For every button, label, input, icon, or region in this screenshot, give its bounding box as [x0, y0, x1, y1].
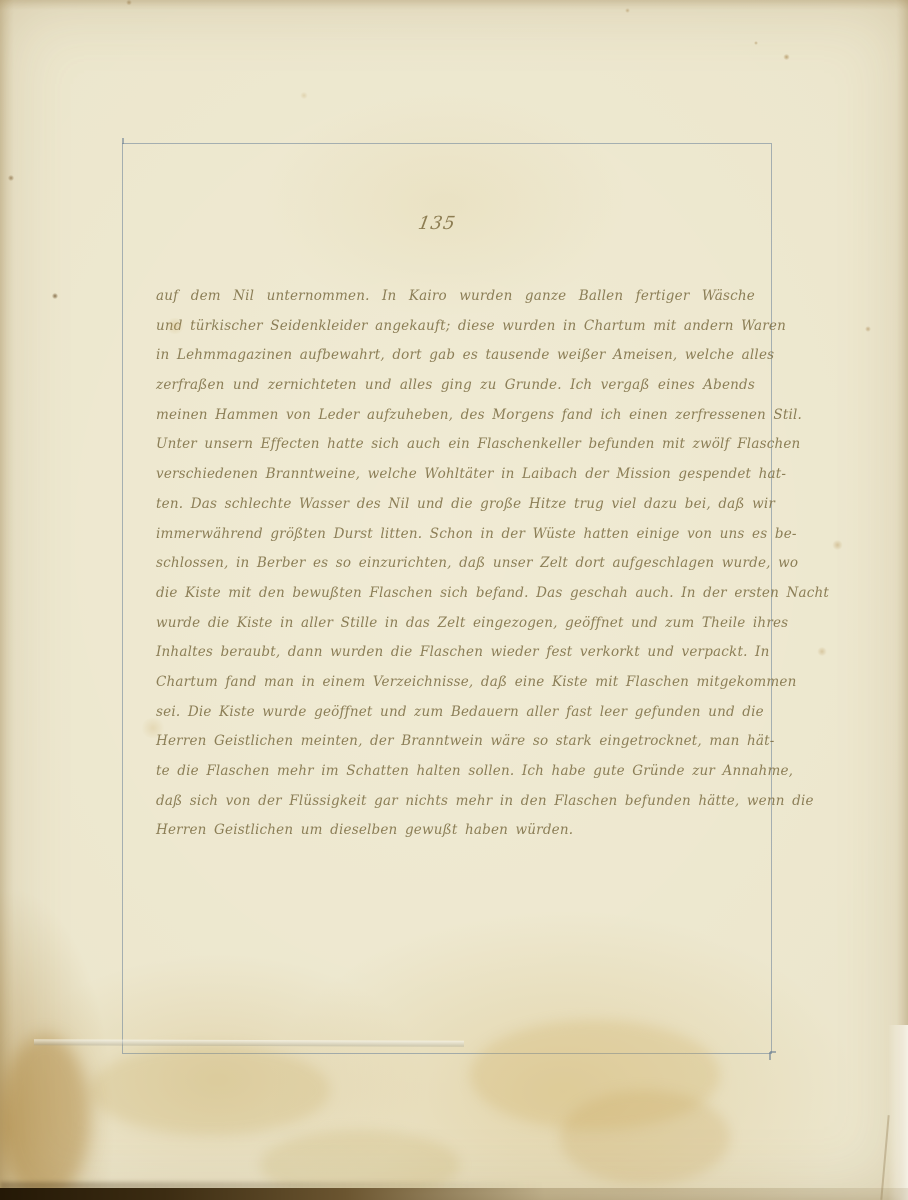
handwritten-line: verschiedenen Branntweine, welche Wohltä… [156, 460, 755, 490]
book-edge-shadow [0, 1182, 545, 1190]
manuscript-page: 135 auf dem Nil unternommen. In Kairo wu… [0, 0, 908, 1200]
foxing-spot [126, 0, 132, 5]
age-stain [260, 1130, 460, 1200]
ruled-border-overshoot [770, 1051, 776, 1053]
handwritten-text-block: auf dem Nil unternommen. In Kairo wurden… [156, 282, 755, 846]
handwritten-line: zerfraßen und zernichteten und alles gin… [156, 371, 755, 401]
age-stain [0, 1035, 90, 1200]
age-stain [470, 1020, 720, 1130]
manuscript-scan: 135 auf dem Nil unternommen. In Kairo wu… [0, 0, 908, 1200]
foxing-spot [832, 540, 843, 550]
age-stain [90, 1045, 330, 1135]
handwritten-line: sei. Die Kiste wurde geöffnet und zum Be… [156, 698, 755, 728]
underlying-sheet-edge [34, 1039, 464, 1047]
handwritten-line: ten. Das schlechte Wasser des Nil und di… [156, 490, 755, 520]
foxing-spot [52, 293, 58, 299]
foxing-spot [817, 647, 827, 656]
foxing-spot [754, 41, 758, 45]
ruled-border-overshoot [769, 1052, 771, 1060]
handwritten-line: in Lehmmagazinen aufbewahrt, dort gab es… [156, 341, 755, 371]
ruled-border-overshoot [122, 138, 124, 144]
handwritten-line: auf dem Nil unternommen. In Kairo wurden… [156, 282, 755, 312]
handwritten-line: daß sich von der Flüssigkeit gar nichts … [156, 787, 755, 817]
foxing-spot [300, 92, 308, 99]
handwritten-line: Herren Geistlichen meinten, der Branntwe… [156, 727, 755, 757]
paper-edge-highlight [888, 1025, 908, 1200]
foxing-spot [783, 54, 790, 60]
book-edge [0, 1188, 908, 1200]
age-stain [560, 1090, 730, 1185]
handwritten-line: Herren Geistlichen um dieselben gewußt h… [156, 816, 755, 846]
handwritten-line: die Kiste mit den bewußten Flaschen sich… [156, 579, 755, 609]
handwritten-line: und türkischer Seidenkleider angekauft; … [156, 312, 755, 342]
page-number: 135 [390, 213, 484, 234]
handwritten-line: Inhaltes beraubt, dann wurden die Flasch… [156, 638, 755, 668]
paper-crease [880, 1115, 889, 1200]
handwritten-line: meinen Hammen von Leder aufzuheben, des … [156, 401, 755, 431]
foxing-spot [8, 175, 14, 181]
handwritten-line: Unter unsern Effecten hatte sich auch ei… [156, 430, 755, 460]
handwritten-line: wurde die Kiste in aller Stille in das Z… [156, 609, 755, 639]
handwritten-line: immerwährend größten Durst litten. Schon… [156, 520, 755, 550]
handwritten-line: schlossen, in Berber es so einzurichten,… [156, 549, 755, 579]
foxing-spot [625, 8, 630, 13]
handwritten-line: Chartum fand man in einem Verzeichnisse,… [156, 668, 755, 698]
foxing-spot [865, 326, 871, 332]
handwritten-line: te die Flaschen mehr im Schatten halten … [156, 757, 755, 787]
